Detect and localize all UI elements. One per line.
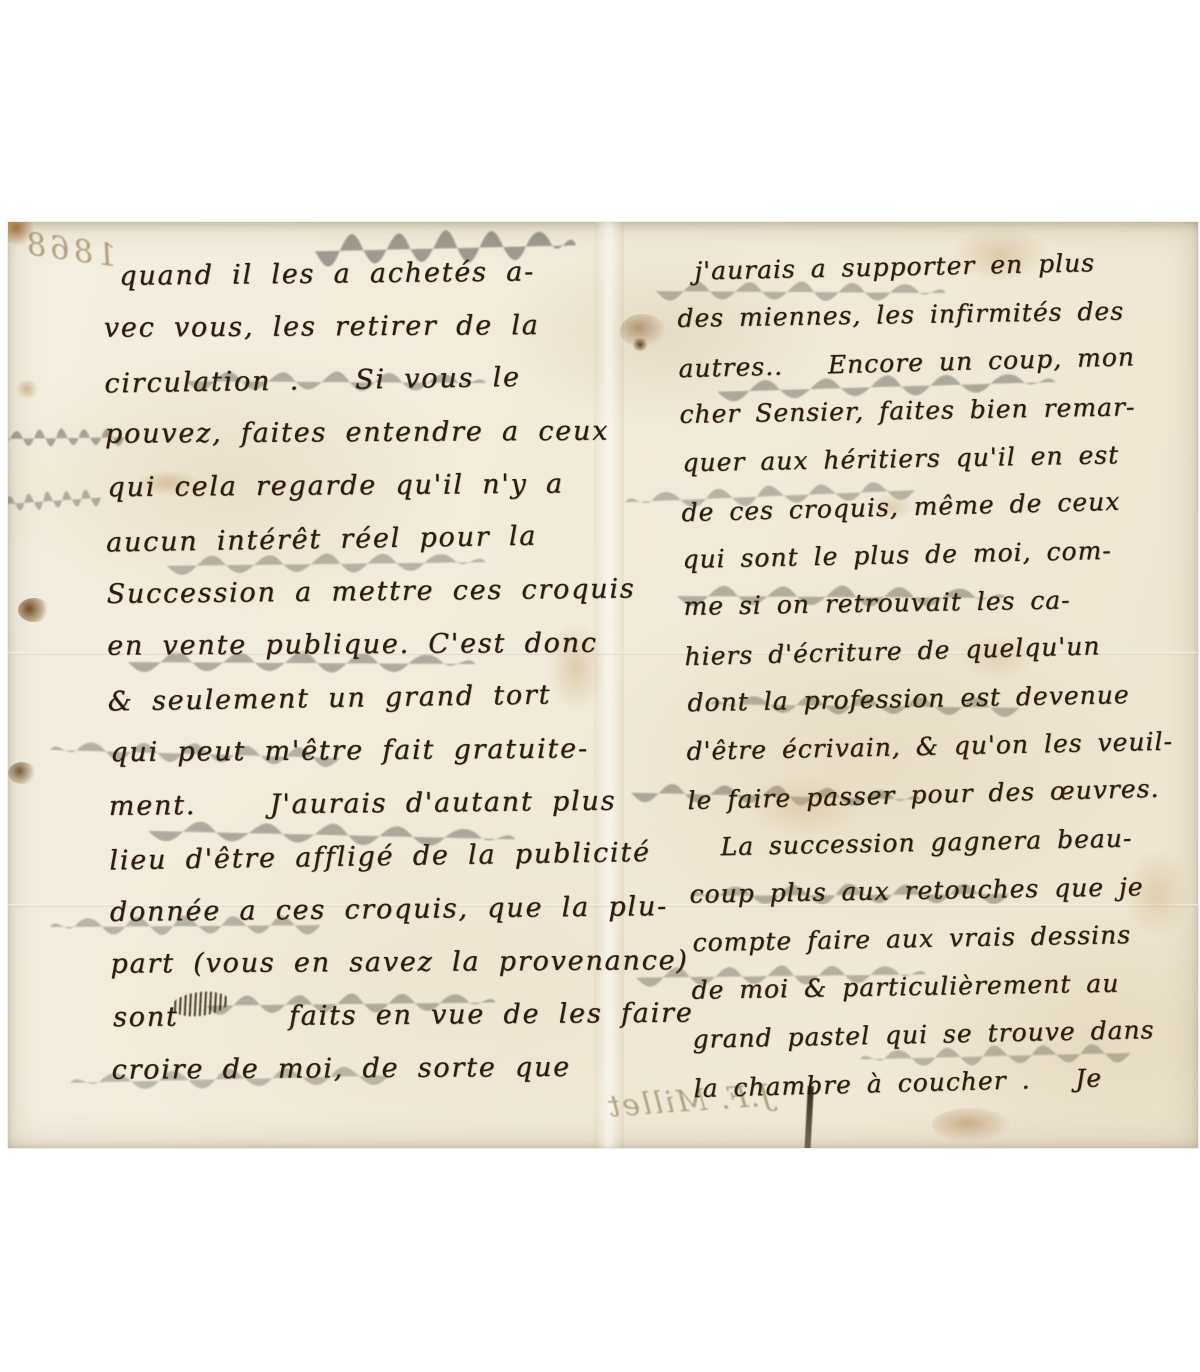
handwritten-line: de moi & particulièrement au bbox=[691, 959, 1178, 1015]
paper-stain bbox=[14, 380, 40, 398]
bleedthrough-ghost-line bbox=[8, 487, 105, 517]
handwritten-line: dont la profession est devenue bbox=[687, 670, 1174, 727]
handwritten-line: compte faire aux vrais dessins bbox=[692, 910, 1179, 967]
letter-paper: 1868 J.F. Millet quand il les a achetés … bbox=[8, 222, 1198, 1148]
handwritten-line: en vente publique. C'est donc bbox=[107, 616, 688, 673]
handwritten-line: coup plus aux retouches que je bbox=[689, 863, 1176, 919]
handwritten-line: Succession a mettre ces croquis bbox=[106, 562, 687, 621]
paper-stain bbox=[8, 222, 34, 246]
handwritten-line: donnée a ces croquis, que la plu- bbox=[110, 880, 691, 939]
handwritten-line: cher Sensier, faites bien remar- bbox=[679, 383, 1166, 439]
handwritten-line: vec vous, les retirer de la bbox=[104, 298, 685, 355]
handwritten-line: croire de moi, de sorte que bbox=[111, 1040, 692, 1097]
paper-stain bbox=[8, 762, 36, 784]
handwritten-line: ment. J'aurais d'autant plus bbox=[109, 774, 690, 833]
left-page-text: quand il les a achetés a-vec vous, les r… bbox=[103, 244, 692, 1098]
handwritten-line: part (vous en savez la provenance) bbox=[110, 934, 691, 991]
right-page-text: j'aurais a supporter en plusdes miennes,… bbox=[676, 238, 1180, 1112]
handwritten-line: qui cela regarde qu'il n'y a bbox=[107, 457, 688, 515]
handwritten-line: pouvez, faites entendre a ceux bbox=[105, 404, 686, 461]
handwritten-line: lieu d'être affligé de la publicité bbox=[109, 825, 690, 887]
paper-stain bbox=[932, 1108, 1010, 1142]
handwritten-line: & seulement un grand tort bbox=[107, 666, 688, 728]
handwritten-line: aucun intérêt réel pour la bbox=[106, 507, 687, 569]
scan-background: 1868 J.F. Millet quand il les a achetés … bbox=[0, 0, 1200, 1372]
handwritten-line: quand il les a achetés a- bbox=[103, 244, 684, 303]
paper-stain bbox=[18, 598, 50, 622]
handwritten-line: circulation . Si vous le bbox=[104, 348, 685, 410]
handwritten-line: qui peut m'être fait gratuite- bbox=[110, 722, 691, 780]
